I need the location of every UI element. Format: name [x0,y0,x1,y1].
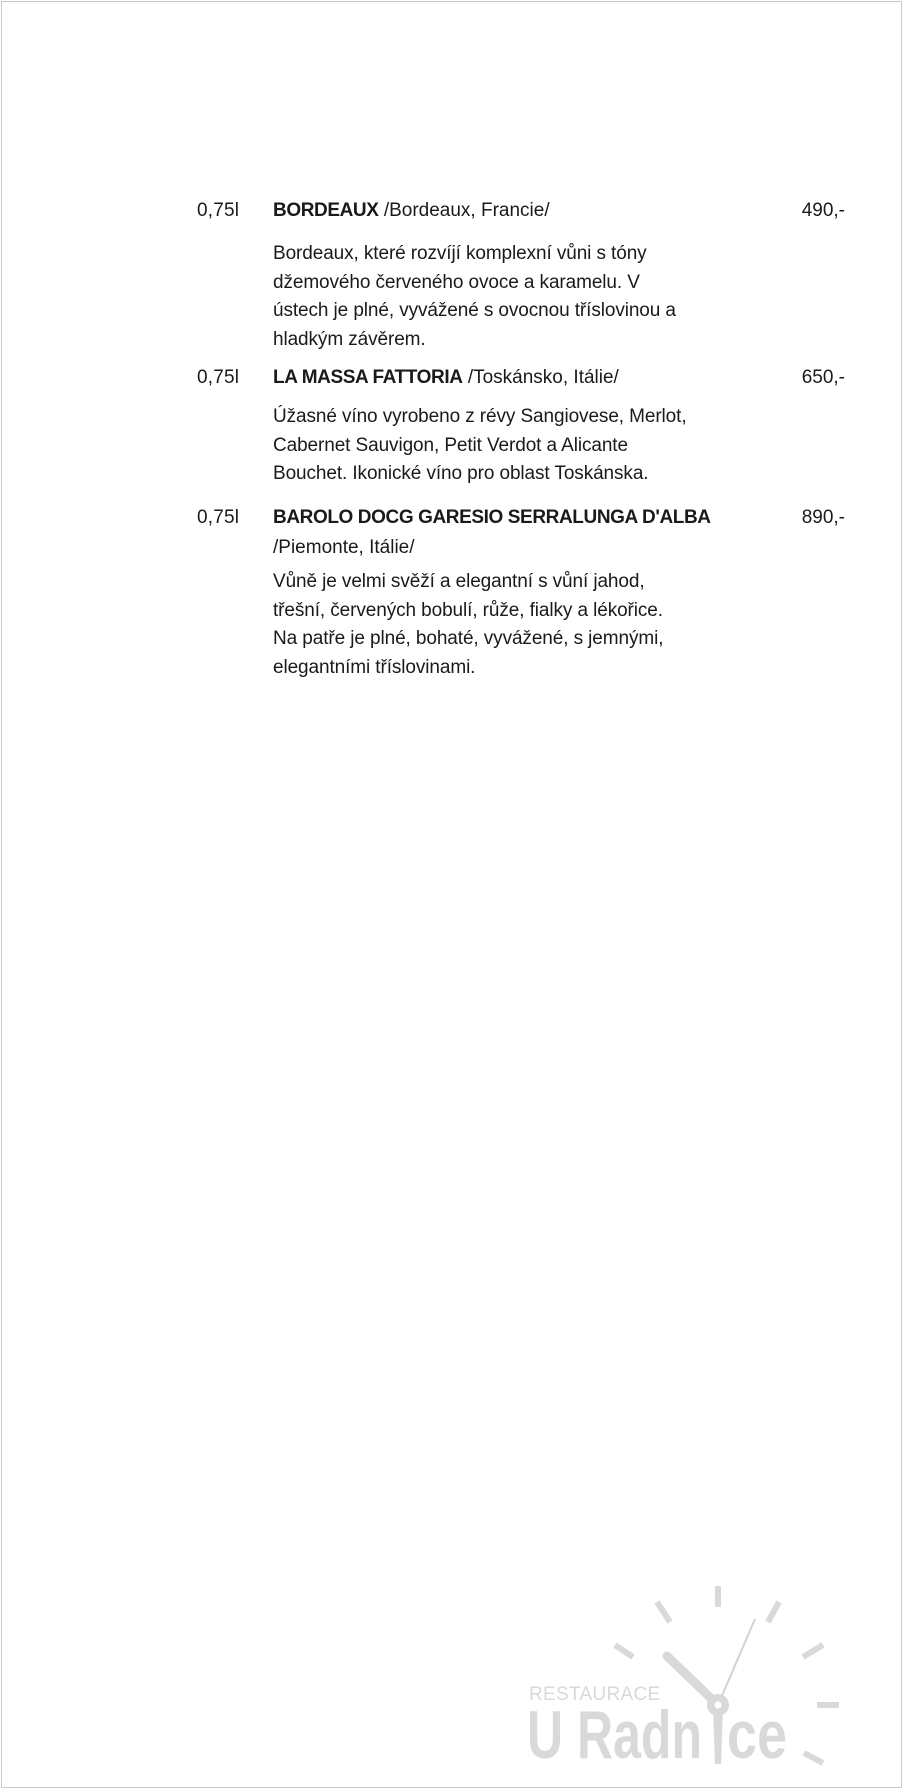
wine-price: 890,- [802,503,845,532]
wine-volume: 0,75l [197,503,239,532]
wine-title: BORDEAUX /Bordeaux, Francie/ [273,196,550,225]
description-line: džemového červeného ovoce a karamelu. V [273,269,676,298]
wine-description: Vůně je velmi svěží a elegantní s vůní j… [273,568,663,683]
description-line: Na patře je plné, bohaté, vyvážené, s je… [273,625,663,654]
wine-name: BORDEAUX [273,200,379,221]
description-line: Bouchet. Ikonické víno pro oblast Toskán… [273,460,687,489]
wine-volume: 0,75l [197,363,239,392]
description-line: Úžasné víno vyrobeno z révy Sangiovese, … [273,403,687,432]
wine-price: 490,- [802,196,845,225]
description-line: třešní, červených bobulí, růže, fialky a… [273,597,663,626]
clock-icon: RESTAURACE U Radn ce [500,1560,905,1791]
wine-volume: 0,75l [197,196,239,225]
wine-name: LA MASSA FATTORIA [273,367,463,388]
wine-origin: /Piemonte, Itálie/ [273,533,415,562]
wine-name: BAROLO DOCG GARESIO SERRALUNGA D'ALBA [273,503,711,532]
wine-origin: /Bordeaux, Francie/ [384,200,550,221]
wine-price: 650,- [802,363,845,392]
restaurant-logo: RESTAURACE U Radn ce [500,1560,905,1791]
wine-description: Úžasné víno vyrobeno z révy Sangiovese, … [273,403,687,489]
wine-origin: /Toskánsko, Itálie/ [468,367,619,388]
wine-title: LA MASSA FATTORIA /Toskánsko, Itálie/ [273,363,619,392]
description-line: ústech je plné, vyvážené s ovocnou třísl… [273,297,676,326]
description-line: Bordeaux, které rozvíjí komplexní vůni s… [273,240,676,269]
wine-description: Bordeaux, které rozvíjí komplexní vůni s… [273,240,676,355]
description-line: elegantními tříslovinami. [273,654,663,683]
description-line: Vůně je velmi svěží a elegantní s vůní j… [273,568,663,597]
svg-text:ce: ce [727,1697,787,1773]
svg-text:U Radn: U Radn [527,1697,702,1773]
description-line: Cabernet Sauvigon, Petit Verdot a Alican… [273,432,687,461]
description-line: hladkým závěrem. [273,326,676,355]
